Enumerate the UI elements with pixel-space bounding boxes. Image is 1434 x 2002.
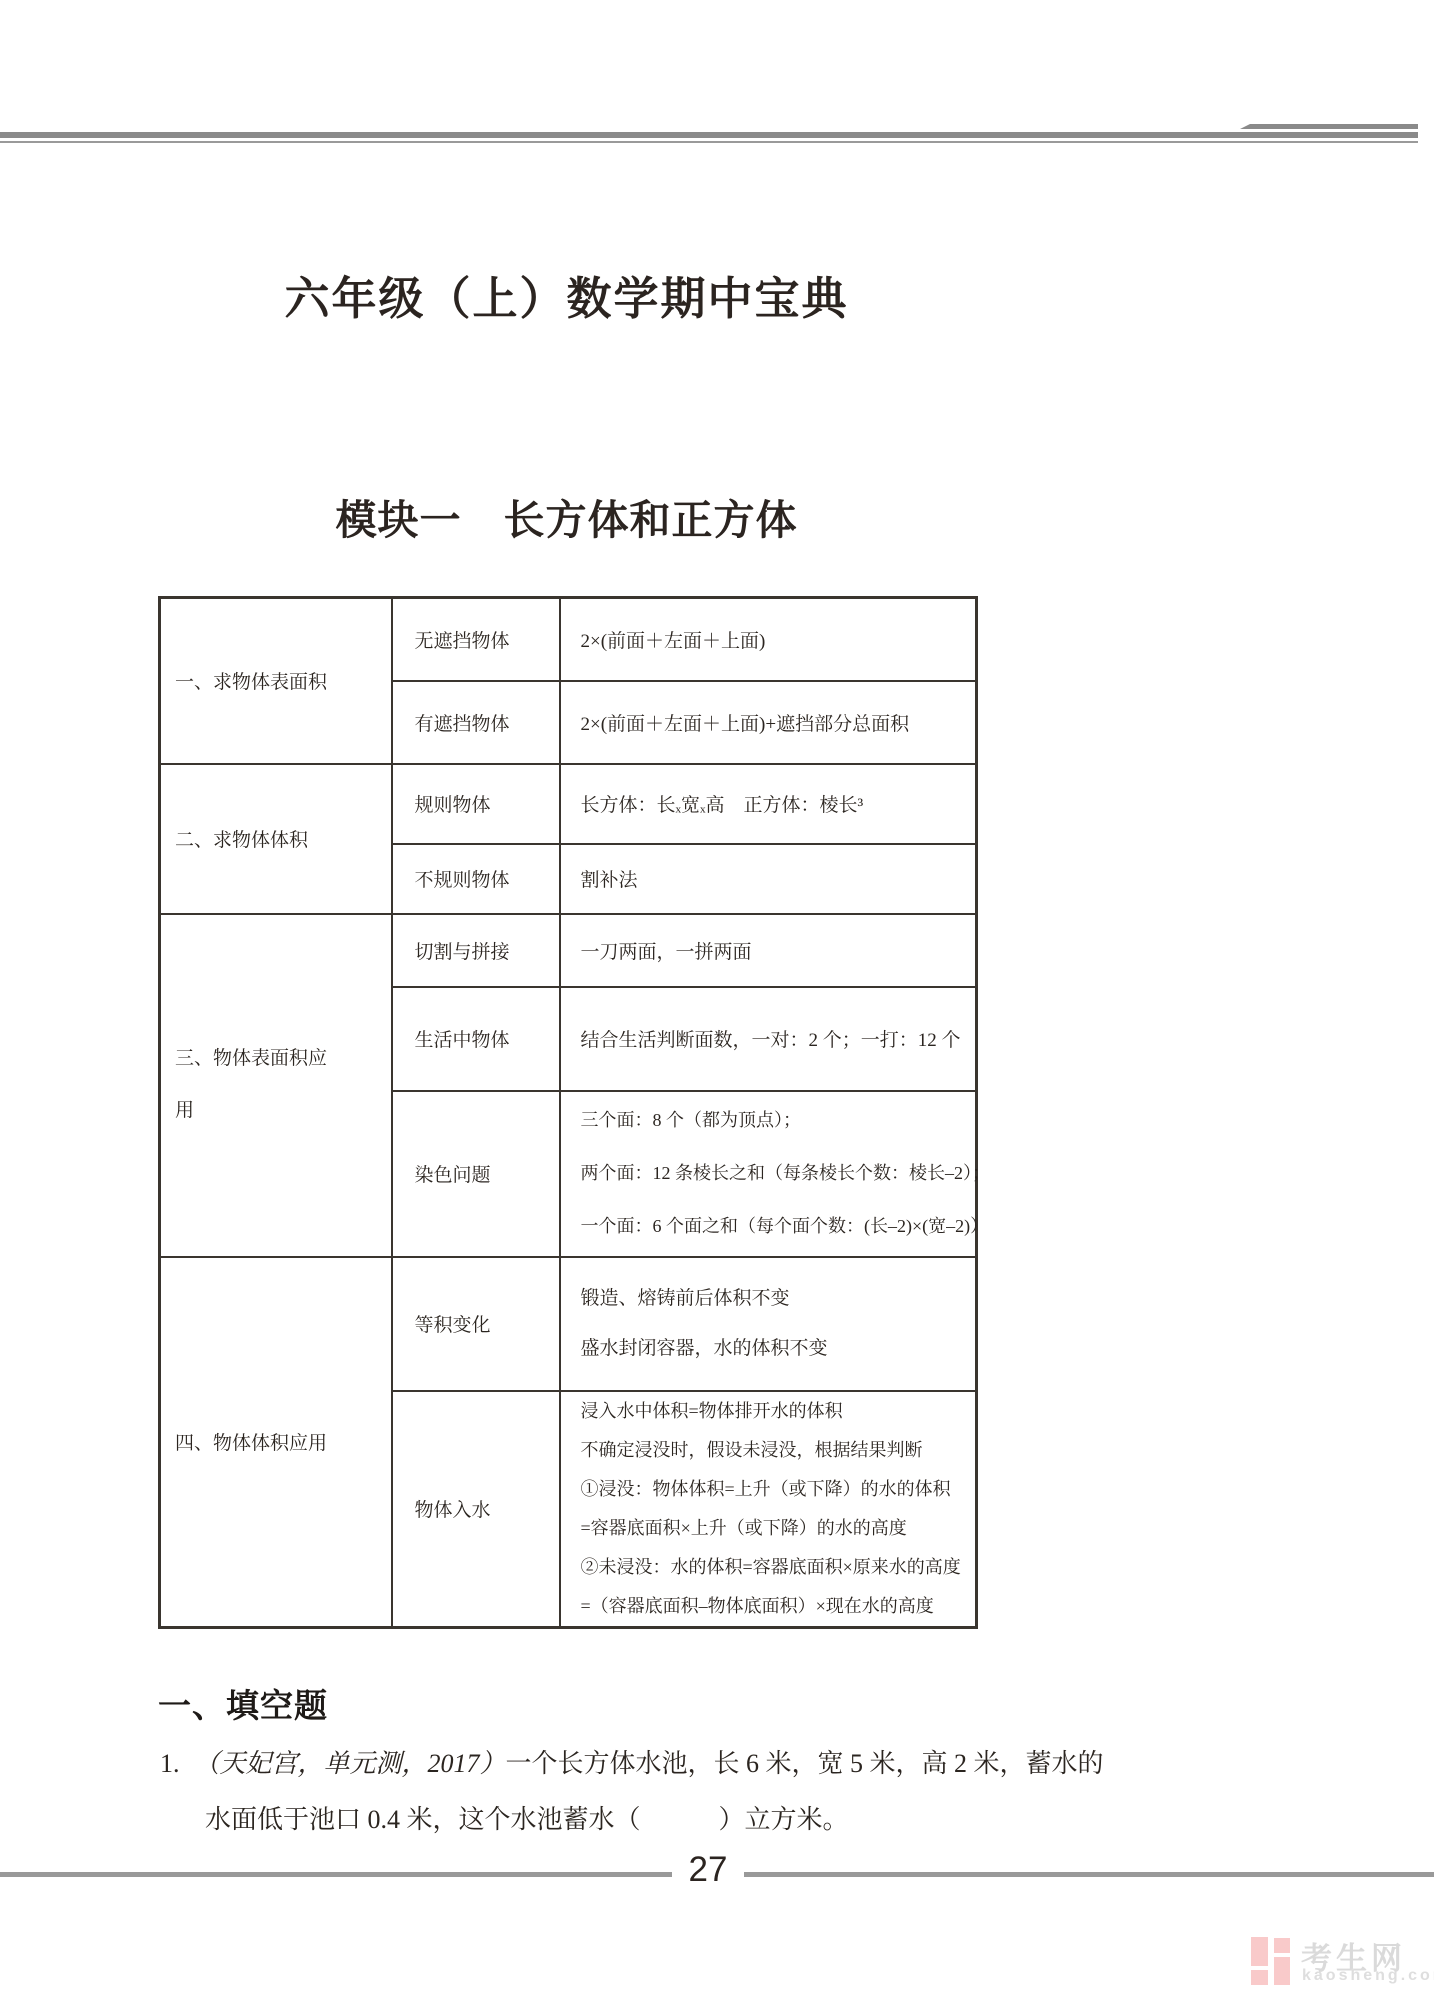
header-accent-rule — [1240, 124, 1418, 129]
question-text: 一个长方体水池，长 6 米，宽 5 米，高 2 米，蓄水的 — [506, 1749, 1104, 1778]
formula-cell: 2×(前面＋左面＋上面)+遮挡部分总面积 — [560, 681, 977, 764]
question-1-line-1: 1.（天妃宫，单元测，2017）一个长方体水池，长 6 米，宽 5 米，高 2 … — [160, 1743, 1104, 1780]
question-number: 1. — [160, 1749, 180, 1778]
footer-rule-right — [744, 1872, 1434, 1877]
formula-cell: 割补法 — [560, 844, 977, 914]
document-page: 六年级（上）数学期中宝典 模块一 长方体和正方体 一、求物体表面积 无遮挡物体 … — [0, 0, 1434, 2002]
page-number: 27 — [658, 1850, 758, 1890]
header-thin-rule — [0, 141, 1418, 143]
watermark-brand-domain: kaosheng.com — [1302, 1967, 1434, 1985]
footer-rule-left — [0, 1872, 672, 1877]
category-cell-volume: 二、求物体体积 — [160, 764, 392, 914]
formula-cell: 一刀两面，一拼两面 — [560, 914, 977, 987]
table-row: 四、物体体积应用 等积变化 锻造、熔铸前后体积不变 盛水封闭容器，水的体积不变 — [160, 1257, 977, 1391]
knowledge-summary-table: 一、求物体表面积 无遮挡物体 2×(前面＋左面＋上面) 有遮挡物体 2×(前面＋… — [158, 596, 978, 1629]
formula-cell: 结合生活判断面数，一对：2 个；一打：12 个 — [560, 987, 977, 1091]
header-main-rule — [0, 132, 1418, 138]
watermark-logo-icon — [1274, 1938, 1290, 1953]
topic-cell: 有遮挡物体 — [392, 681, 560, 764]
watermark: 考生网 kaosheng.com — [1251, 1933, 1411, 1987]
document-title: 六年级（上）数学期中宝典 — [158, 262, 975, 327]
topic-cell: 等积变化 — [392, 1257, 560, 1391]
watermark-logo-icon — [1251, 1970, 1268, 1985]
watermark-logo-icon — [1251, 1937, 1268, 1966]
watermark-logo-icon — [1274, 1957, 1290, 1985]
topic-cell: 物体入水 — [392, 1391, 560, 1628]
topic-cell: 染色问题 — [392, 1091, 560, 1257]
formula-cell: 2×(前面＋左面＋上面) — [560, 598, 977, 681]
table-row: 一、求物体表面积 无遮挡物体 2×(前面＋左面＋上面) — [160, 598, 977, 681]
formula-cell: 锻造、熔铸前后体积不变 盛水封闭容器，水的体积不变 — [560, 1257, 977, 1391]
formula-cell: 浸入水中体积=物体排开水的体积 不确定浸没时，假设未浸没，根据结果判断 ①浸没：… — [560, 1391, 977, 1628]
table-row: 二、求物体体积 规则物体 长方体：长ₓ宽ₓ高 正方体：棱长³ — [160, 764, 977, 844]
question-1-line-2: 水面低于池口 0.4 米，这个水池蓄水（ ）立方米。 — [205, 1799, 849, 1836]
table-row: 三、物体表面积应 用 切割与拼接 一刀两面，一拼两面 — [160, 914, 977, 987]
module-title: 模块一 长方体和正方体 — [158, 487, 975, 546]
topic-cell: 不规则物体 — [392, 844, 560, 914]
topic-cell: 无遮挡物体 — [392, 598, 560, 681]
category-cell-surface-area: 一、求物体表面积 — [160, 598, 392, 764]
category-cell-volume-application: 四、物体体积应用 — [160, 1257, 392, 1628]
topic-cell: 切割与拼接 — [392, 914, 560, 987]
formula-cell: 长方体：长ₓ宽ₓ高 正方体：棱长³ — [560, 764, 977, 844]
question-source: （天妃宫，单元测，2017） — [194, 1749, 506, 1778]
topic-cell: 生活中物体 — [392, 987, 560, 1091]
category-cell-surface-application: 三、物体表面积应 用 — [160, 914, 392, 1257]
section-heading-fill-blanks: 一、填空题 — [158, 1680, 328, 1727]
topic-cell: 规则物体 — [392, 764, 560, 844]
formula-cell: 三个面：8 个（都为顶点）； 两个面：12 条棱长之和（每条棱长个数：棱长–2）… — [560, 1091, 977, 1257]
